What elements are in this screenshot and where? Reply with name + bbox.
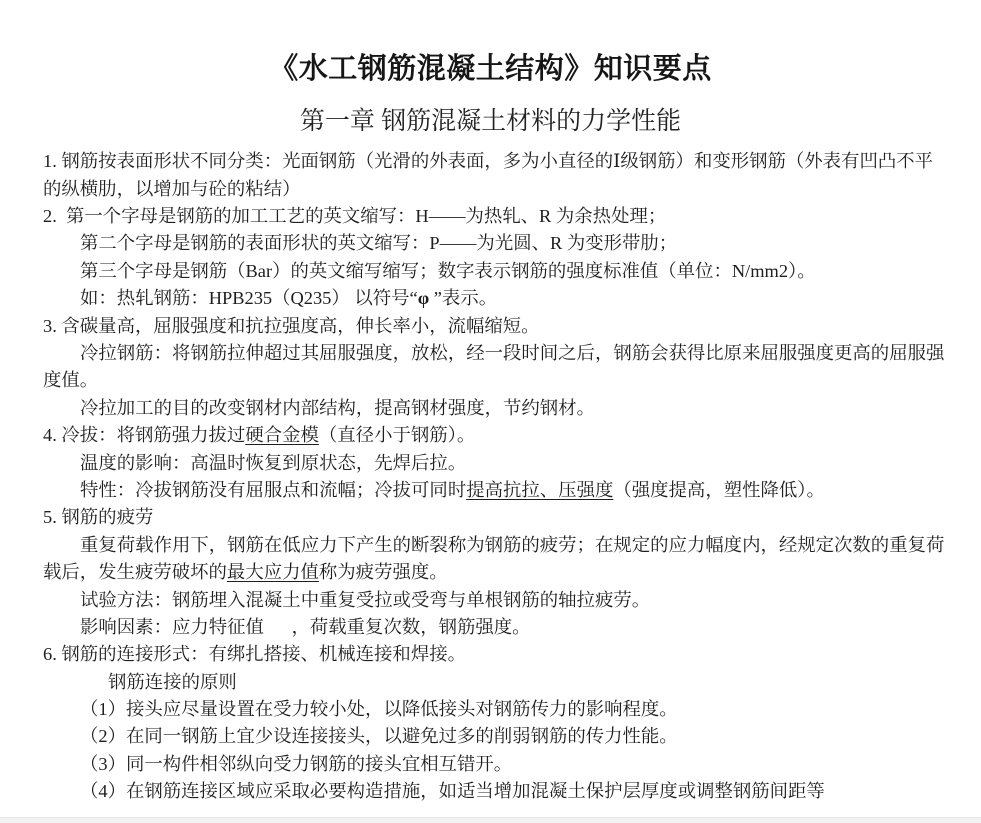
underlined-text: 提高抗拉、压强度 — [466, 480, 613, 500]
text-segment: 1. 钢筋按表面形状不同分类：光面钢筋（光滑的外表面，多为小直径的Ⅰ级钢筋）和变… — [43, 151, 933, 171]
text-line: 如：热轧钢筋：HPB235（Q235） 以符号“φ ”表示。 — [43, 285, 963, 312]
text-line: 影响因素：应力特征值 ，荷载重复次数，钢筋强度。 — [43, 614, 963, 641]
text-line: 温度的影响：高温时恢复到原状态，先焊后拉。 — [43, 450, 963, 477]
text-line: 冷拉加工的目的改变钢材内部结构，提高钢材强度，节约钢材。 — [43, 395, 963, 422]
text-segment: 如：热轧钢筋：HPB235（Q235） 以符号“ — [80, 288, 418, 308]
text-segment: 2. 第一个字母是钢筋的加工工艺的英文缩写：H——为热轧、R 为余热处理； — [43, 206, 666, 226]
text-segment: 冷拉加工的目的改变钢材内部结构，提高钢材强度，节约钢材。 — [80, 398, 595, 418]
text-segment: （直径小于钢筋）。 — [319, 425, 475, 445]
text-segment: 的纵横肋，以增加与砼的粘结） — [43, 179, 300, 199]
text-line: 4. 冷拔：将钢筋强力拔过硬合金模（直径小于钢筋）。 — [43, 422, 963, 449]
text-segment: 第二个字母是钢筋的表面形状的英文缩写：P——为光圆、R 为变形带肋； — [80, 233, 677, 253]
text-line: 试验方法：钢筋埋入混凝土中重复受拉或受弯与单根钢筋的轴拉疲劳。 — [43, 587, 963, 614]
text-segment: 载后，发生疲劳破坏的 — [43, 562, 227, 582]
text-segment: （3）同一构件相邻纵向受力钢筋的接头宜相互错开。 — [80, 754, 512, 774]
text-line: 特性：冷拔钢筋没有屈服点和流幅；冷拔可同时提高抗拉、压强度（强度提高，塑性降低）… — [43, 477, 963, 504]
text-line: 第三个字母是钢筋（Bar）的英文缩写缩写；数字表示钢筋的强度标准值（单位：N/m… — [43, 258, 963, 285]
text-segment: 重复荷载作用下，钢筋在低应力下产生的断裂称为钢筋的疲劳；在规定的应力幅度内，经规… — [80, 535, 944, 555]
text-segment: 6. 钢筋的连接形式：有绑扎搭接、机械连接和焊接。 — [43, 644, 466, 664]
text-line: 钢筋连接的原则 — [43, 669, 963, 696]
text-segment: 特性：冷拔钢筋没有屈服点和流幅；冷拔可同时 — [80, 480, 466, 500]
chapter-heading: 第一章 钢筋混凝土材料的力学性能 — [0, 101, 981, 137]
underlined-text: 最大应力值 — [227, 562, 319, 582]
text-line: 的纵横肋，以增加与砼的粘结） — [43, 176, 963, 203]
document-title: 《水工钢筋混凝土结构》知识要点 — [0, 0, 981, 86]
underlined-text: 硬合金模 — [245, 425, 319, 445]
text-segment: 温度的影响：高温时恢复到原状态，先焊后拉。 — [80, 453, 466, 473]
text-line: 冷拉钢筋：将钢筋拉伸超过其屈服强度，放松，经一段时间之后，钢筋会获得比原来屈服强… — [43, 340, 963, 367]
text-segment: 度值。 — [43, 370, 98, 390]
text-segment: 4. 冷拔：将钢筋强力拔过 — [43, 425, 245, 445]
text-line: 重复荷载作用下，钢筋在低应力下产生的断裂称为钢筋的疲劳；在规定的应力幅度内，经规… — [43, 532, 963, 559]
document-body: 1. 钢筋按表面形状不同分类：光面钢筋（光滑的外表面，多为小直径的Ⅰ级钢筋）和变… — [0, 148, 981, 805]
text-segment: 试验方法：钢筋埋入混凝土中重复受拉或受弯与单根钢筋的轴拉疲劳。 — [80, 590, 650, 610]
bold-symbol: φ — [418, 288, 429, 308]
text-line: 2. 第一个字母是钢筋的加工工艺的英文缩写：H——为热轧、R 为余热处理； — [43, 203, 963, 230]
text-line: 载后，发生疲劳破坏的最大应力值称为疲劳强度。 — [43, 559, 963, 586]
text-line: （2）在同一钢筋上宜少设连接接头，以避免过多的削弱钢筋的传力性能。 — [43, 723, 963, 750]
text-segment: 5. 钢筋的疲劳 — [43, 507, 153, 527]
text-line: 第二个字母是钢筋的表面形状的英文缩写：P——为光圆、R 为变形带肋； — [43, 230, 963, 257]
text-segment: 第三个字母是钢筋（Bar）的英文缩写缩写；数字表示钢筋的强度标准值（单位：N/m… — [80, 261, 816, 281]
text-segment: 影响因素：应力特征值 ，荷载重复次数，钢筋强度。 — [80, 617, 531, 637]
text-segment: （2）在同一钢筋上宜少设连接接头，以避免过多的削弱钢筋的传力性能。 — [80, 726, 678, 746]
text-line: 度值。 — [43, 367, 963, 394]
page-bottom-edge — [0, 817, 981, 823]
text-line: （4）在钢筋连接区域应采取必要构造措施，如适当增加混凝土保护层厚度或调整钢筋间距… — [43, 778, 963, 805]
text-segment: （强度提高，塑性降低）。 — [613, 480, 825, 500]
text-segment: （1）接头应尽量设置在受力较小处，以降低接头对钢筋传力的影响程度。 — [80, 699, 678, 719]
text-segment: （4）在钢筋连接区域应采取必要构造措施，如适当增加混凝土保护层厚度或调整钢筋间距… — [80, 781, 825, 801]
text-line: 3. 含碳量高，屈服强度和抗拉强度高，伸长率小，流幅缩短。 — [43, 313, 963, 340]
text-segment: 3. 含碳量高，屈服强度和抗拉强度高，伸长率小，流幅缩短。 — [43, 316, 540, 336]
document-page: 《水工钢筋混凝土结构》知识要点 第一章 钢筋混凝土材料的力学性能 1. 钢筋按表… — [0, 0, 981, 823]
text-segment: 称为疲劳强度。 — [319, 562, 448, 582]
text-segment: 冷拉钢筋：将钢筋拉伸超过其屈服强度，放松，经一段时间之后，钢筋会获得比原来屈服强… — [80, 343, 944, 363]
text-segment: ”表示。 — [429, 288, 497, 308]
text-line: 5. 钢筋的疲劳 — [43, 504, 963, 531]
text-segment: 钢筋连接的原则 — [108, 672, 237, 692]
text-line: 6. 钢筋的连接形式：有绑扎搭接、机械连接和焊接。 — [43, 641, 963, 668]
text-line: （3）同一构件相邻纵向受力钢筋的接头宜相互错开。 — [43, 751, 963, 778]
text-line: （1）接头应尽量设置在受力较小处，以降低接头对钢筋传力的影响程度。 — [43, 696, 963, 723]
text-line: 1. 钢筋按表面形状不同分类：光面钢筋（光滑的外表面，多为小直径的Ⅰ级钢筋）和变… — [43, 148, 963, 175]
